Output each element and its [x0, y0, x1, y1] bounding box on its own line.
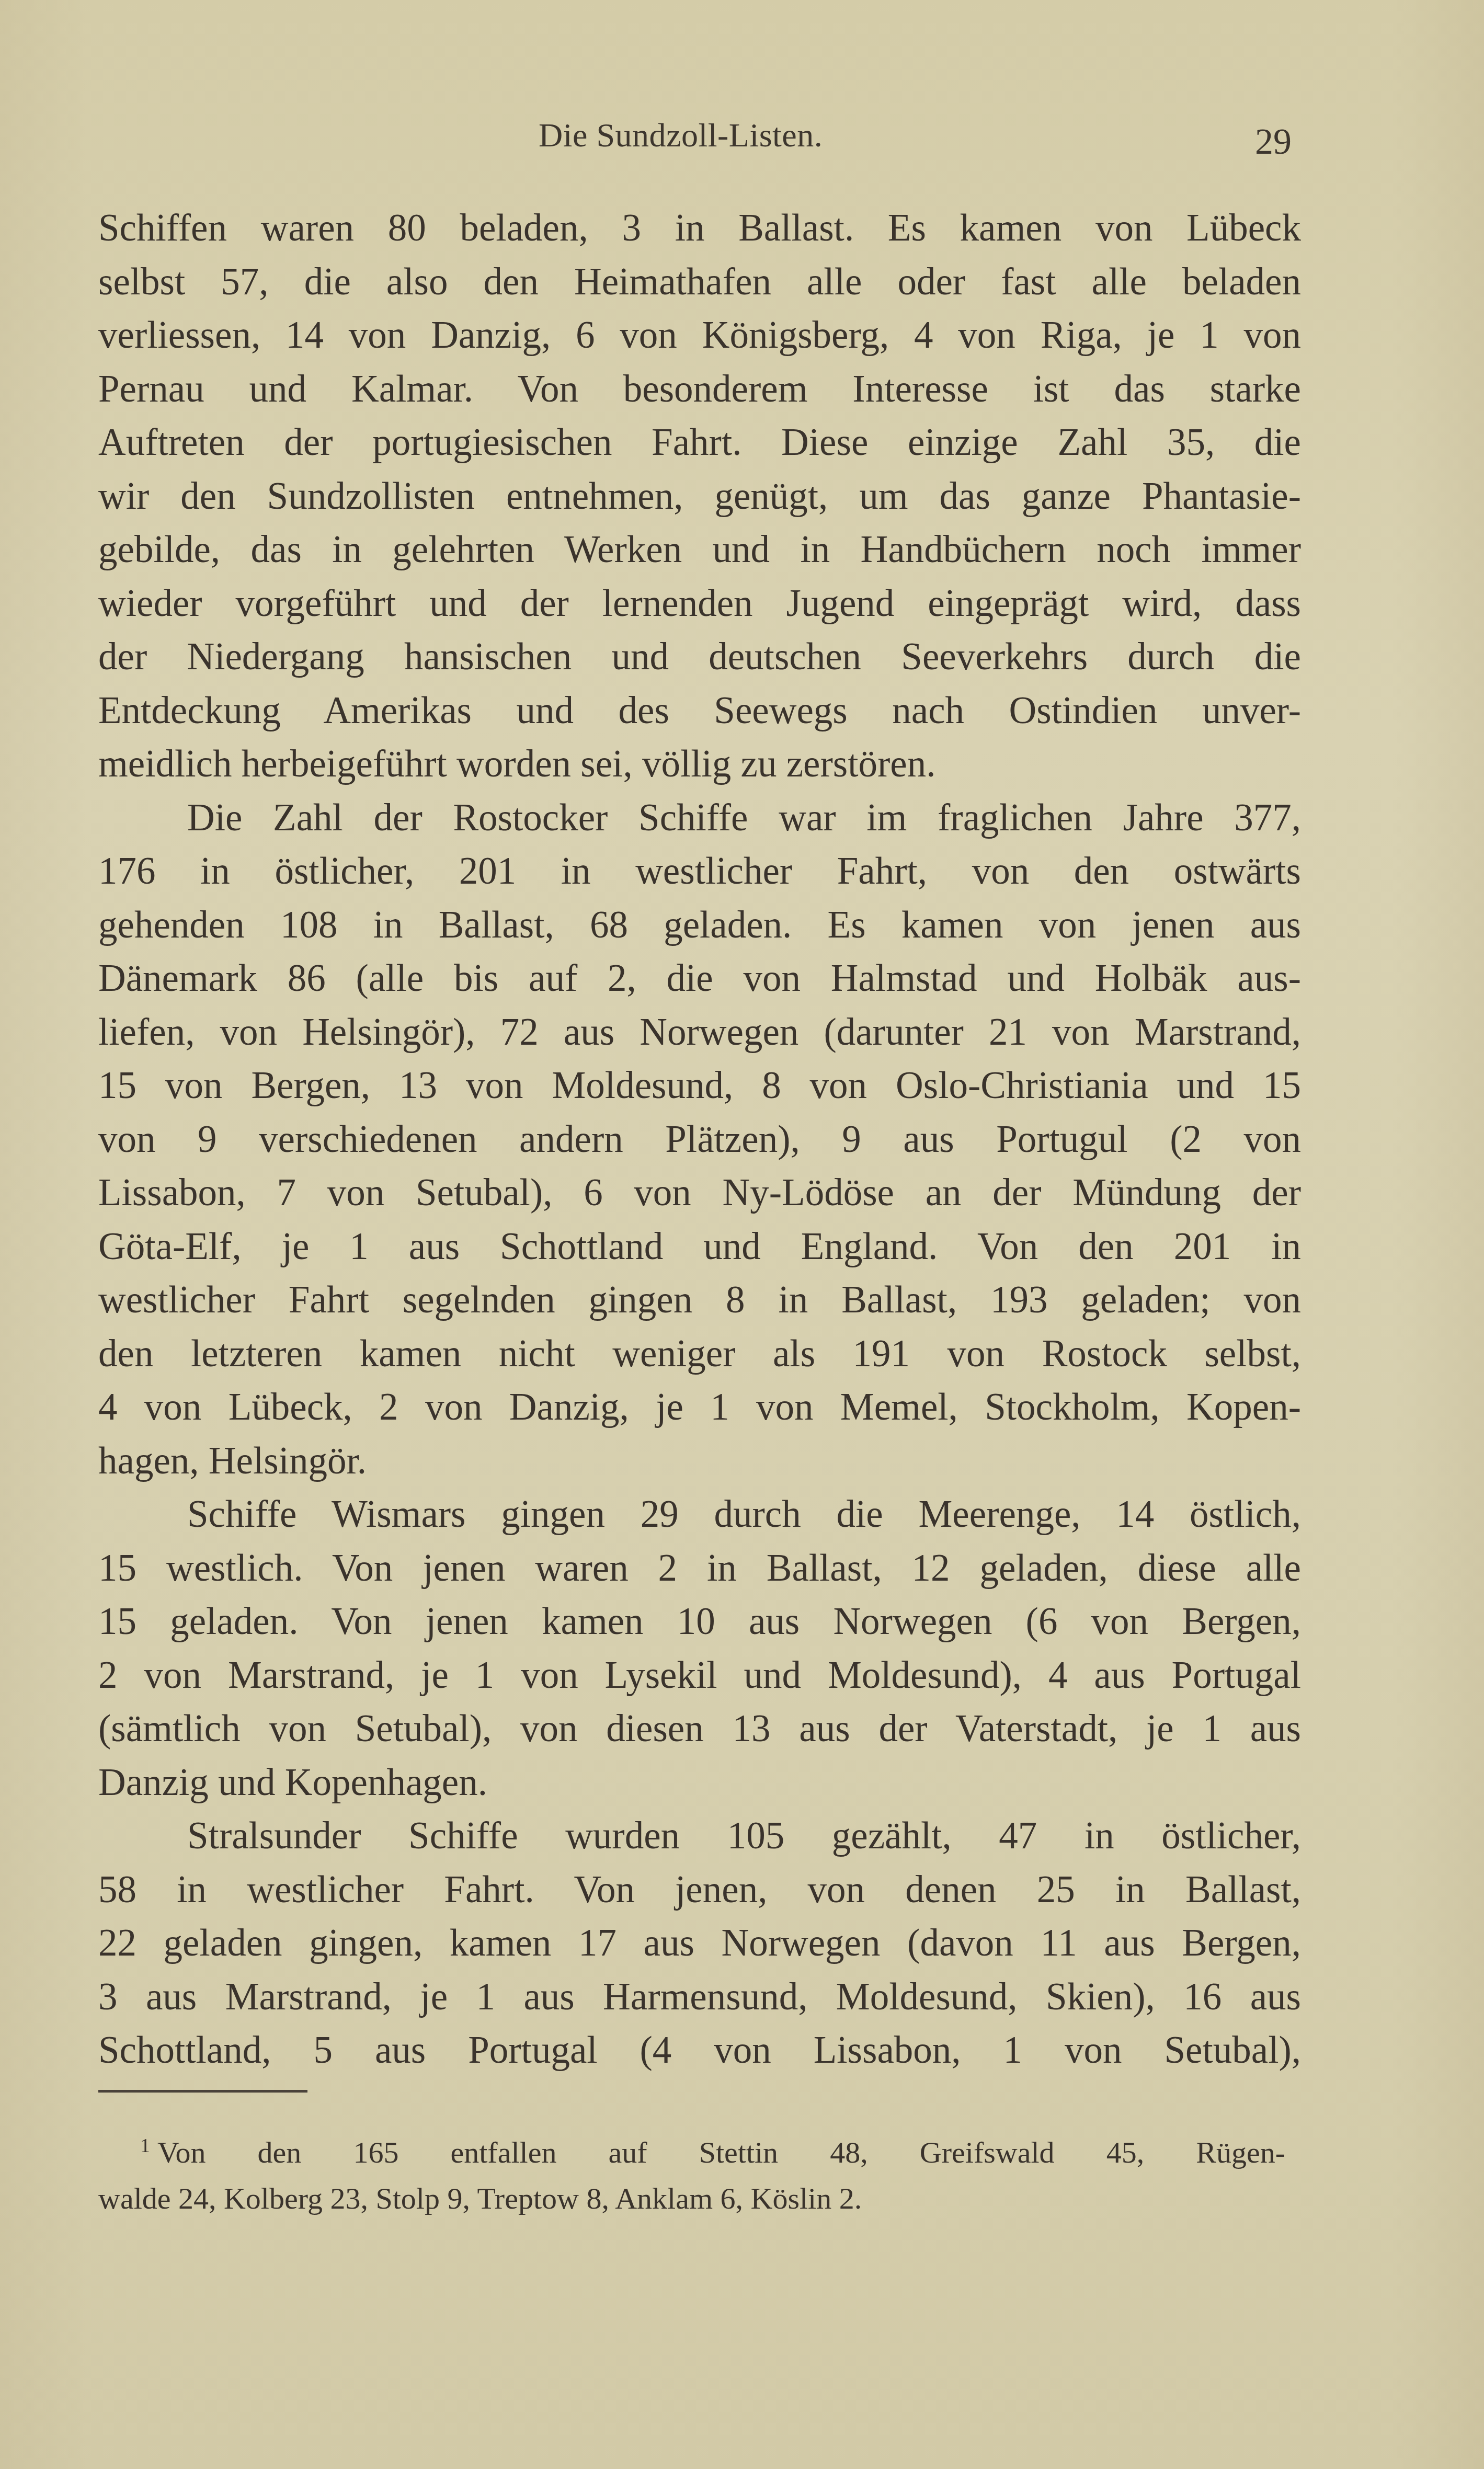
paragraph-wismar: Schiffe Wismars gingen 29 durch die Meer…	[98, 1488, 1301, 1809]
text-line: verliessen, 14 von Danzig, 6 von Königsb…	[98, 308, 1301, 362]
text-line: meidlich herbeigeführt worden sei, völli…	[98, 737, 1301, 791]
text-line: den letzteren kamen nicht weniger als 19…	[98, 1327, 1301, 1381]
text-line: hagen, Helsingör.	[98, 1434, 1301, 1488]
text-line: 4 von Lübeck, 2 von Danzig, je 1 von Mem…	[98, 1380, 1301, 1434]
running-title: Die Sundzoll-Listen.	[539, 116, 823, 155]
text-line: (sämtlich von Setubal), von diesen 13 au…	[98, 1702, 1301, 1756]
text-line: Schiffen waren 80 beladen, 3 in Ballast.…	[98, 201, 1301, 255]
text-line: 22 geladen gingen, kamen 17 aus Norwegen…	[98, 1916, 1301, 1970]
footnote-1: 1Von den 165 entfallen auf Stettin 48, G…	[98, 2123, 1285, 2176]
text-line: gehenden 108 in Ballast, 68 geladen. Es …	[98, 898, 1301, 952]
text-line: wir den Sundzollisten entnehmen, genügt,…	[98, 470, 1301, 523]
paragraph-rostock: Die Zahl der Rostocker Schiffe war im fr…	[98, 791, 1301, 1488]
text-line: 15 westlich. Von jenen waren 2 in Ballas…	[98, 1541, 1301, 1595]
text-line: Stralsunder Schiffe wurden 105 gezählt, …	[98, 1809, 1301, 1863]
text-line: Schiffe Wismars gingen 29 durch die Meer…	[98, 1488, 1301, 1541]
text-line: liefen, von Helsingör), 72 aus Norwegen …	[98, 1005, 1301, 1059]
text-line: westlicher Fahrt segelnden gingen 8 in B…	[98, 1273, 1301, 1327]
paragraph-stralsund: Stralsunder Schiffe wurden 105 gezählt, …	[98, 1809, 1301, 2077]
text-line: 15 von Bergen, 13 von Moldesund, 8 von O…	[98, 1059, 1301, 1113]
footnote-divider	[98, 2090, 307, 2093]
paragraph-lubeck: Schiffen waren 80 beladen, 3 in Ballast.…	[98, 201, 1301, 791]
text-line: Lissabon, 7 von Setubal), 6 von Ny-Lödös…	[98, 1166, 1301, 1220]
page-number: 29	[1255, 121, 1292, 163]
text-line: Schottland, 5 aus Portugal (4 von Lissab…	[98, 2024, 1301, 2077]
text-line: gebilde, das in gelehrten Werken und in …	[98, 523, 1301, 577]
text-line: von 9 verschiedenen andern Plätzen), 9 a…	[98, 1113, 1301, 1167]
text-line: Danzig und Kopenhagen.	[98, 1756, 1301, 1810]
text-line: 2 von Marstrand, je 1 von Lysekil und Mo…	[98, 1649, 1301, 1702]
text-line: Pernau und Kalmar. Von besonderem Intere…	[98, 362, 1301, 416]
footnote-1-continuation: walde 24, Kolberg 23, Stolp 9, Treptow 8…	[98, 2176, 1301, 2222]
footnotes: 1Von den 165 entfallen auf Stettin 48, G…	[98, 2123, 1301, 2222]
text-line: 3 aus Marstrand, je 1 aus Harmensund, Mo…	[98, 1970, 1301, 2024]
text-line: Dänemark 86 (alle bis auf 2, die von Hal…	[98, 952, 1301, 1005]
book-page: Die Sundzoll-Listen. 29 Schiffen waren 8…	[0, 0, 1484, 2469]
body-text: Schiffen waren 80 beladen, 3 in Ballast.…	[98, 201, 1301, 2077]
text-line: selbst 57, die also den Heimathafen alle…	[98, 255, 1301, 309]
text-line: 176 in östlicher, 201 in westlicher Fahr…	[98, 844, 1301, 898]
footnote-marker: 1	[140, 2135, 150, 2157]
text-line: der Niedergang hansischen und deutschen …	[98, 630, 1301, 684]
footnote-text: Von den 165 entfallen auf Stettin 48, Gr…	[157, 2135, 1285, 2169]
running-header: Die Sundzoll-Listen. 29	[0, 116, 1484, 158]
text-line: 15 geladen. Von jenen kamen 10 aus Norwe…	[98, 1595, 1301, 1649]
text-line: Die Zahl der Rostocker Schiffe war im fr…	[98, 791, 1301, 845]
text-line: wieder vorgeführt und der lernenden Juge…	[98, 577, 1301, 631]
text-line: Göta-Elf, je 1 aus Schottland und Englan…	[98, 1220, 1301, 1274]
text-line: Auftreten der portugiesischen Fahrt. Die…	[98, 416, 1301, 470]
text-line: Entdeckung Amerikas und des Seewegs nach…	[98, 684, 1301, 738]
text-line: 58 in westlicher Fahrt. Von jenen, von d…	[98, 1863, 1301, 1917]
